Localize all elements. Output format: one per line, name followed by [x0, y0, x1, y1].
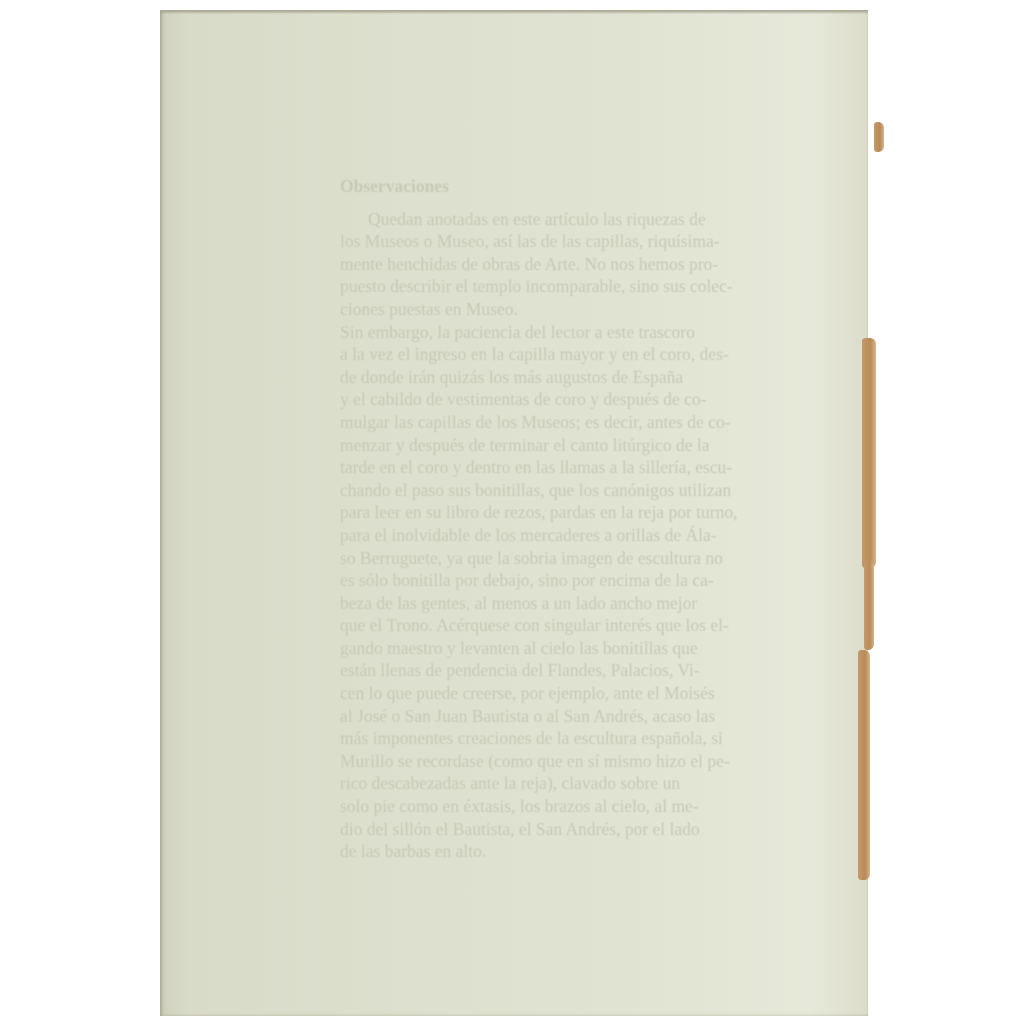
- text-line: y el cabildo de vestimentas de coro y de…: [340, 388, 790, 411]
- text-line: cen lo que puede creerse, por ejemplo, a…: [340, 682, 790, 705]
- text-line: los Museos o Museo, así las de las capil…: [340, 230, 790, 253]
- text-line: de las barbas en alto.: [340, 840, 790, 863]
- text-line: que el Trono. Acérquese con singular int…: [340, 614, 790, 637]
- torn-edge-fragment: [858, 650, 870, 880]
- text-line: Quedan anotadas en este artículo las riq…: [340, 208, 790, 231]
- text-line: a la vez el ingreso en la capilla mayor …: [340, 343, 790, 366]
- text-line: más imponentes creaciones de la escultur…: [340, 727, 790, 750]
- torn-edge-fragment: [874, 122, 884, 152]
- text-line: ciones puestas en Museo.: [340, 298, 790, 321]
- text-line: mente henchidas de obras de Arte. No nos…: [340, 253, 790, 276]
- text-line: dio del sillón el Bautista, el San André…: [340, 818, 790, 841]
- text-line: Murillo se recordase (como que en sí mis…: [340, 750, 790, 773]
- text-line: beza de las gentes, al menos a un lado a…: [340, 592, 790, 615]
- text-line: es sólo bonitilla por debajo, sino por e…: [340, 569, 790, 592]
- text-line: para leer en su libro de rezos, pardas e…: [340, 501, 790, 524]
- scanned-page: Observaciones Quedan anotadas en este ar…: [160, 10, 868, 1016]
- text-line: al José o San Juan Bautista o al San And…: [340, 705, 790, 728]
- text-line: rico descabezadas ante la reja), clavado…: [340, 772, 790, 795]
- torn-edge-fragment: [862, 338, 876, 568]
- bleed-through-text: Observaciones Quedan anotadas en este ar…: [340, 175, 790, 863]
- text-line: Sin embargo, la paciencia del lector a e…: [340, 321, 790, 344]
- text-line: para el inolvidable de los mercaderes a …: [340, 524, 790, 547]
- text-line: menzar y después de terminar el canto li…: [340, 434, 790, 457]
- torn-edge-fragment: [864, 560, 874, 650]
- paragraph: Quedan anotadas en este artículo las riq…: [340, 208, 790, 231]
- section-heading: Observaciones: [340, 175, 790, 198]
- text-line: están llenas de pendencia del Flandes, P…: [340, 659, 790, 682]
- text-line: gando maestro y levanten al cielo las bo…: [340, 637, 790, 660]
- text-line: mulgar las capillas de los Museos; es de…: [340, 411, 790, 434]
- page-top-edge: [160, 10, 868, 14]
- text-line: tarde en el coro y dentro en las llamas …: [340, 456, 790, 479]
- text-line: solo pie como en éxtasis, los brazos al …: [340, 795, 790, 818]
- text-line: puesto describir el templo incomparable,…: [340, 275, 790, 298]
- text-line: chando el paso sus bonitillas, que los c…: [340, 479, 790, 502]
- text-line: de donde irán quizás los más augustos de…: [340, 366, 790, 389]
- text-line: so Berruguete, ya que la sobria imagen d…: [340, 547, 790, 570]
